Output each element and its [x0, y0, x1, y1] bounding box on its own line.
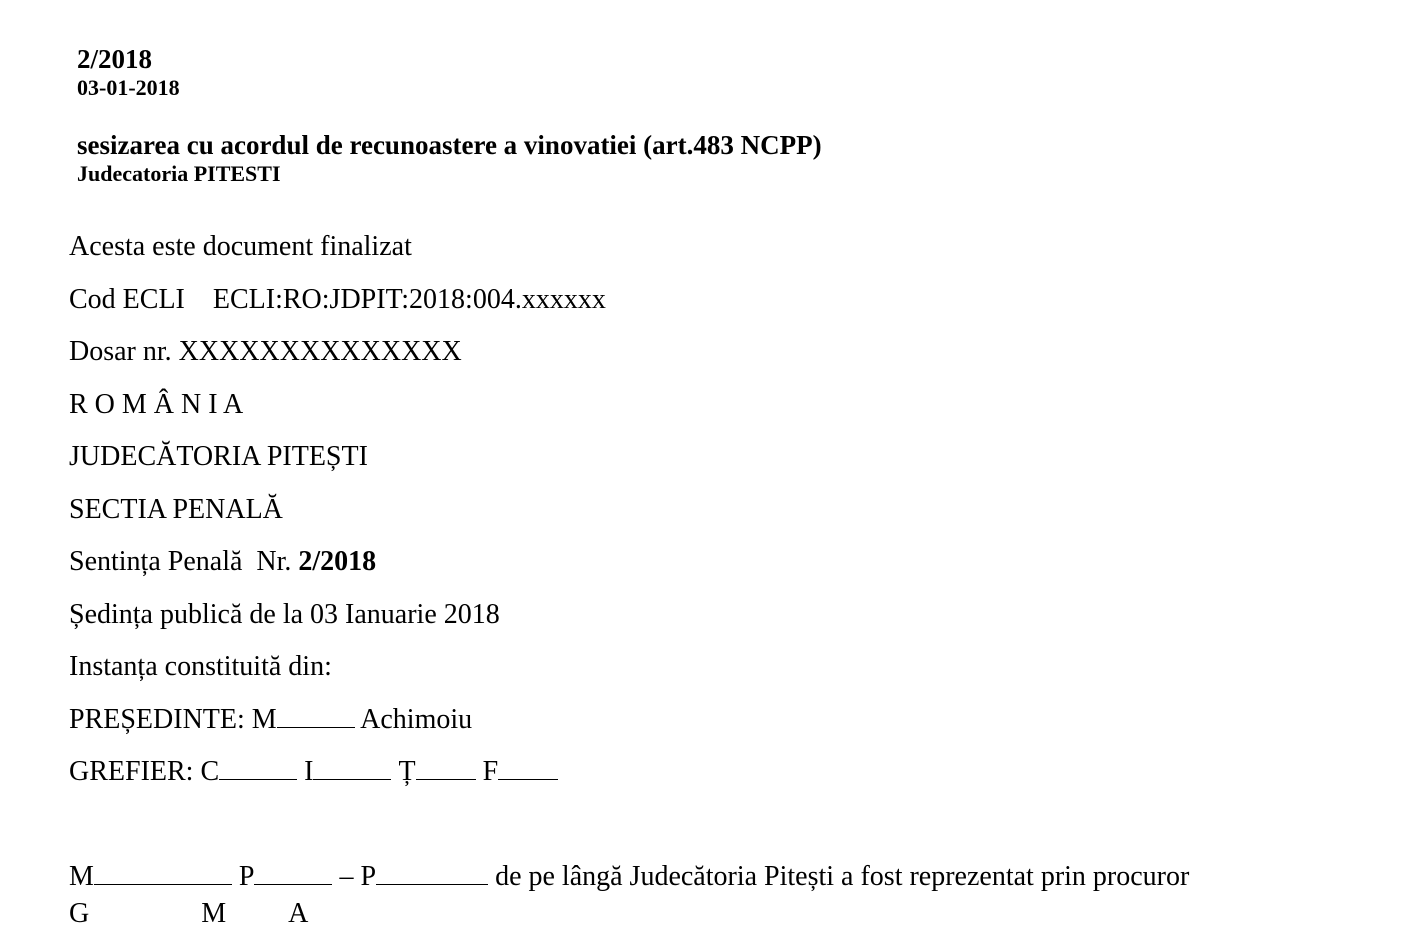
clerk-initial: C [200, 756, 219, 787]
dosar-value: XXXXXXXXXXXXXX [179, 336, 462, 367]
section-name: SECTIA PENALĂ [69, 494, 283, 526]
president-label: PREȘEDINTE: [69, 704, 245, 735]
prosecutor-name-initial: M [201, 898, 226, 928]
president-name: Achimoiu [360, 704, 472, 735]
prosecutor-initial: P [239, 861, 255, 892]
session-line: Ședința publică de la 03 Ianuarie 2018 [69, 599, 500, 631]
sentence-label: Sentința Penală Nr. [69, 546, 291, 577]
ecli-line: Cod ECLI ECLI:RO:JDPIT:2018:004.xxxxxx [69, 284, 606, 316]
ecli-label: Cod ECLI [69, 284, 185, 315]
president-line: PREȘEDINTE: M Achimoiu [69, 704, 472, 736]
prosecutor-text: de pe lângă Judecătoria Pitești a fost r… [495, 861, 1189, 892]
dosar-line: Dosar nr. XXXXXXXXXXXXXX [69, 336, 462, 368]
redacted-blank [277, 726, 355, 728]
country: R O M Â N I A [69, 389, 243, 421]
header-line: 2/2018 03-01-2018 [69, 26, 180, 101]
prosecutor-name-initial: A [288, 898, 308, 928]
ecli-value: ECLI:RO:JDPIT:2018:004.xxxxxx [213, 284, 606, 315]
clerk-initial: I [304, 756, 313, 787]
prosecutor-name-initial: G [69, 898, 89, 928]
subject-line: sesizarea cu acordul de recunoastere a v… [69, 112, 822, 187]
case-date: 03-01-2018 [77, 75, 180, 100]
prosecutor-name-line: GMA [69, 898, 308, 928]
document-status: Acesta este document finalizat [69, 231, 412, 263]
redacted-blank [313, 778, 391, 780]
case-subject: sesizarea cu acordul de recunoastere a v… [77, 130, 822, 160]
court-header: Judecatoria PITESTI [77, 161, 281, 186]
president-initial: M [252, 704, 277, 735]
dosar-label: Dosar nr. [69, 336, 172, 367]
prosecutor-initial: M [69, 861, 94, 892]
instance-intro: Instanța constituită din: [69, 651, 332, 683]
clerk-initial: Ț [398, 756, 415, 787]
prosecutor-initial: – P [339, 861, 376, 892]
sentence-number: 2/2018 [298, 546, 376, 577]
clerk-initial: F [483, 756, 499, 787]
redacted-blank [254, 883, 332, 885]
redacted-blank [219, 778, 297, 780]
case-number: 2/2018 [77, 44, 152, 74]
sentence-line: Sentința Penală Nr. 2/2018 [69, 546, 376, 578]
prosecutor-line: M P – P de pe lângă Judecătoria Pitești … [69, 861, 1189, 893]
clerk-label: GREFIER: [69, 756, 193, 787]
redacted-blank [94, 883, 232, 885]
clerk-line: GREFIER: C I Ț F [69, 756, 558, 788]
redacted-blank [498, 778, 558, 780]
redacted-blank [376, 883, 488, 885]
court-name: JUDECĂTORIA PITEȘTI [69, 441, 368, 473]
redacted-blank [416, 778, 476, 780]
